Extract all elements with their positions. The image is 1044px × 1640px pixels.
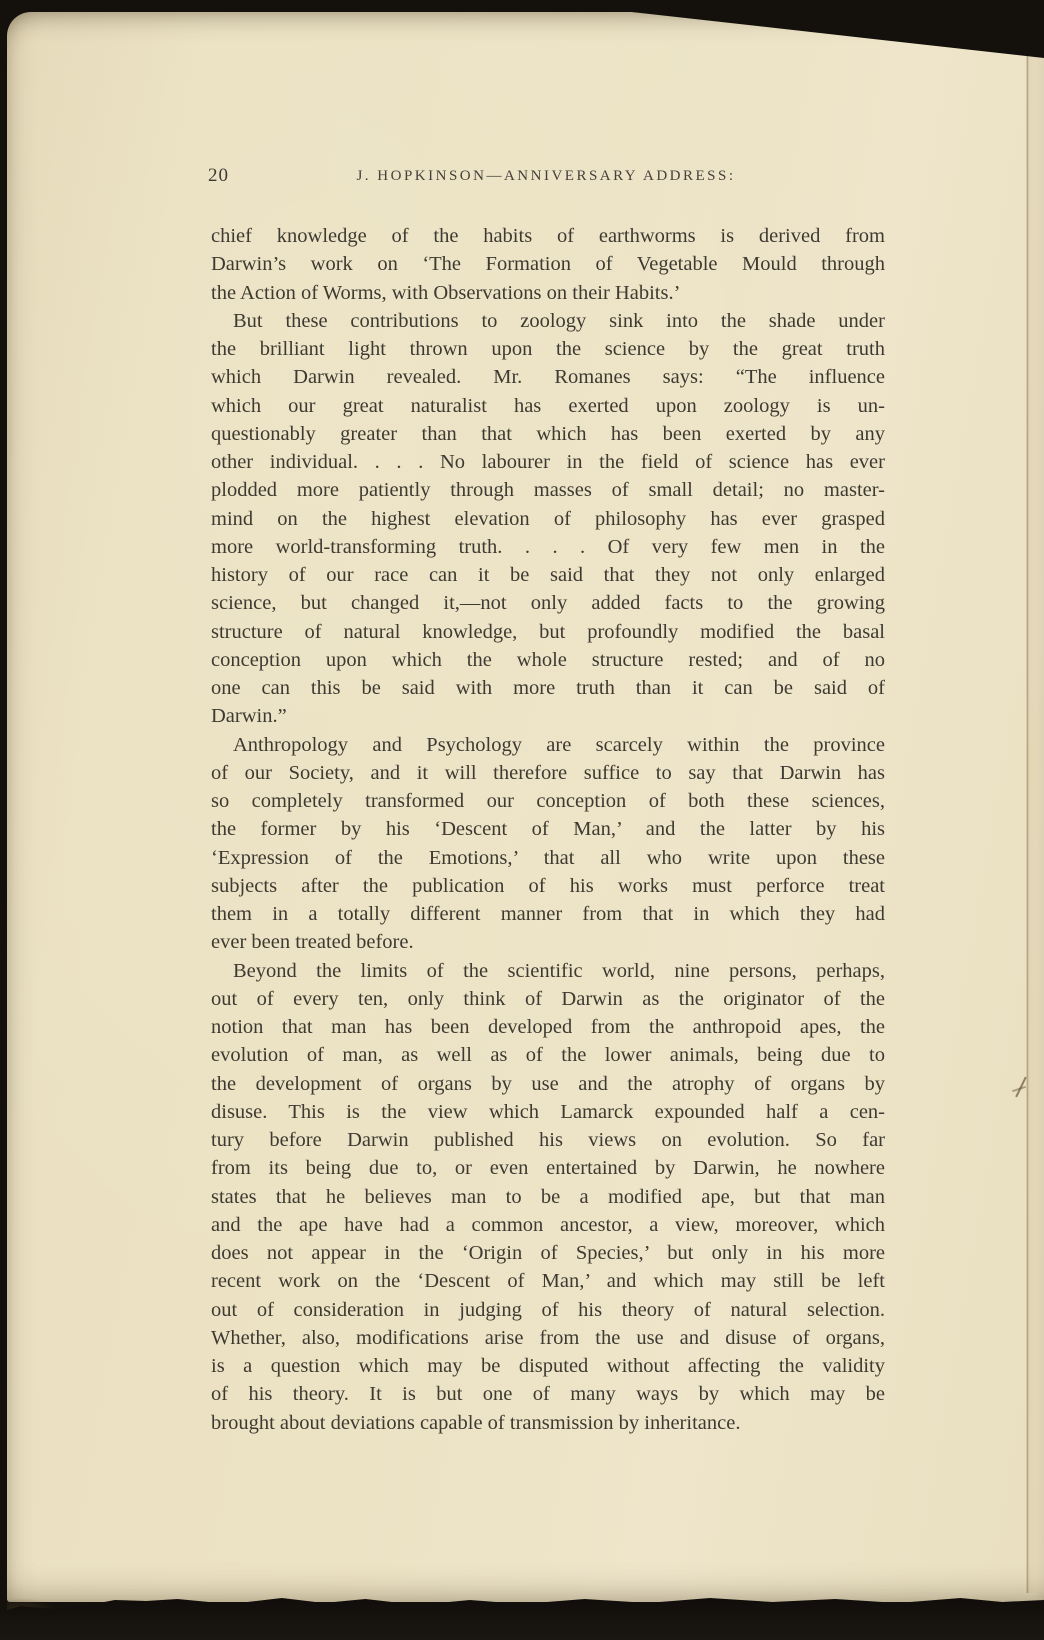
text-line: one can this be said with more truth tha… [211, 674, 885, 702]
text-line: history of our race can it be said that … [211, 561, 885, 589]
text-line: questionably greater than that which has… [211, 420, 885, 448]
text-line: notion that man has been developed from … [211, 1013, 885, 1041]
text-line: which Darwin revealed. Mr. Romanes says:… [211, 363, 885, 391]
text-line: chief knowledge of the habits of earthwo… [211, 222, 885, 250]
text-line: other individual. . . . No labourer in t… [211, 448, 885, 476]
edge-mark [1008, 1072, 1032, 1106]
text-line: the Action of Worms, with Observations o… [211, 279, 885, 307]
scan-background: 20 J. HOPKINSON—ANNIVERSARY ADDRESS: chi… [0, 0, 1044, 1640]
bottom-edge-shadow [0, 1598, 1044, 1640]
text-line: recent work on the ‘Descent of Man,’ and… [211, 1267, 885, 1295]
text-line: ‘Expression of the Emotions,’ that all w… [211, 844, 885, 872]
text-line: science, but changed it,—not only added … [211, 589, 885, 617]
text-block: chief knowledge of the habits of earthwo… [211, 222, 885, 1437]
text-line: mind on the highest elevation of philoso… [211, 505, 885, 533]
text-line: which our great naturalist has exerted u… [211, 392, 885, 420]
text-line: brought about deviations capable of tran… [211, 1409, 885, 1437]
text-line: states that he believes man to be a modi… [211, 1183, 885, 1211]
page-header: 20 J. HOPKINSON—ANNIVERSARY ADDRESS: [208, 164, 884, 188]
text-line: so completely transformed our conception… [211, 787, 885, 815]
text-line: ever been treated before. [211, 928, 885, 956]
paragraph: chief knowledge of the habits of earthwo… [211, 222, 885, 307]
text-line: conception upon which the whole structur… [211, 646, 885, 674]
text-line: the brilliant light thrown upon the scie… [211, 335, 885, 363]
text-line: Anthropology and Psychology are scarcely… [211, 731, 885, 759]
text-line: and the ape have had a common ancestor, … [211, 1211, 885, 1239]
text-line: of our Society, and it will therefore su… [211, 759, 885, 787]
text-line: But these contributions to zoology sink … [211, 307, 885, 335]
text-line: the former by his ‘Descent of Man,’ and … [211, 815, 885, 843]
paragraph: Beyond the limits of the scientific worl… [211, 957, 885, 1437]
text-line: subjects after the publication of his wo… [211, 872, 885, 900]
text-line: is a question which may be disputed with… [211, 1352, 885, 1380]
paragraph: But these contributions to zoology sink … [211, 307, 885, 731]
text-line: evolution of man, as well as of the lowe… [211, 1041, 885, 1069]
text-line: more world-transforming truth. . . . Of … [211, 533, 885, 561]
text-line: Whether, also, modifications arise from … [211, 1324, 885, 1352]
text-line: from its being due to, or even entertain… [211, 1154, 885, 1182]
text-line: disuse. This is the view which Lamarck e… [211, 1098, 885, 1126]
fore-edge-strip [1029, 55, 1044, 1593]
text-line: the development of organs by use and the… [211, 1070, 885, 1098]
fore-edge-crease [1026, 55, 1029, 1593]
book-page: 20 J. HOPKINSON—ANNIVERSARY ADDRESS: chi… [7, 12, 1044, 1602]
text-line: out of every ten, only think of Darwin a… [211, 985, 885, 1013]
paragraph: Anthropology and Psychology are scarcely… [211, 731, 885, 957]
text-line: Darwin’s work on ‘The Formation of Veget… [211, 250, 885, 278]
text-line: Darwin.” [211, 702, 885, 730]
text-line: does not appear in the ‘Origin of Specie… [211, 1239, 885, 1267]
page-number: 20 [208, 165, 229, 187]
text-line: of his theory. It is but one of many way… [211, 1380, 885, 1408]
text-line: out of consideration in judging of his t… [211, 1296, 885, 1324]
text-line: plodded more patiently through masses of… [211, 476, 885, 504]
running-title: J. HOPKINSON—ANNIVERSARY ADDRESS: [208, 164, 884, 185]
text-line: structure of natural knowledge, but prof… [211, 618, 885, 646]
text-line: them in a totally different manner from … [211, 900, 885, 928]
text-line: Beyond the limits of the scientific worl… [211, 957, 885, 985]
text-line: tury before Darwin published his views o… [211, 1126, 885, 1154]
